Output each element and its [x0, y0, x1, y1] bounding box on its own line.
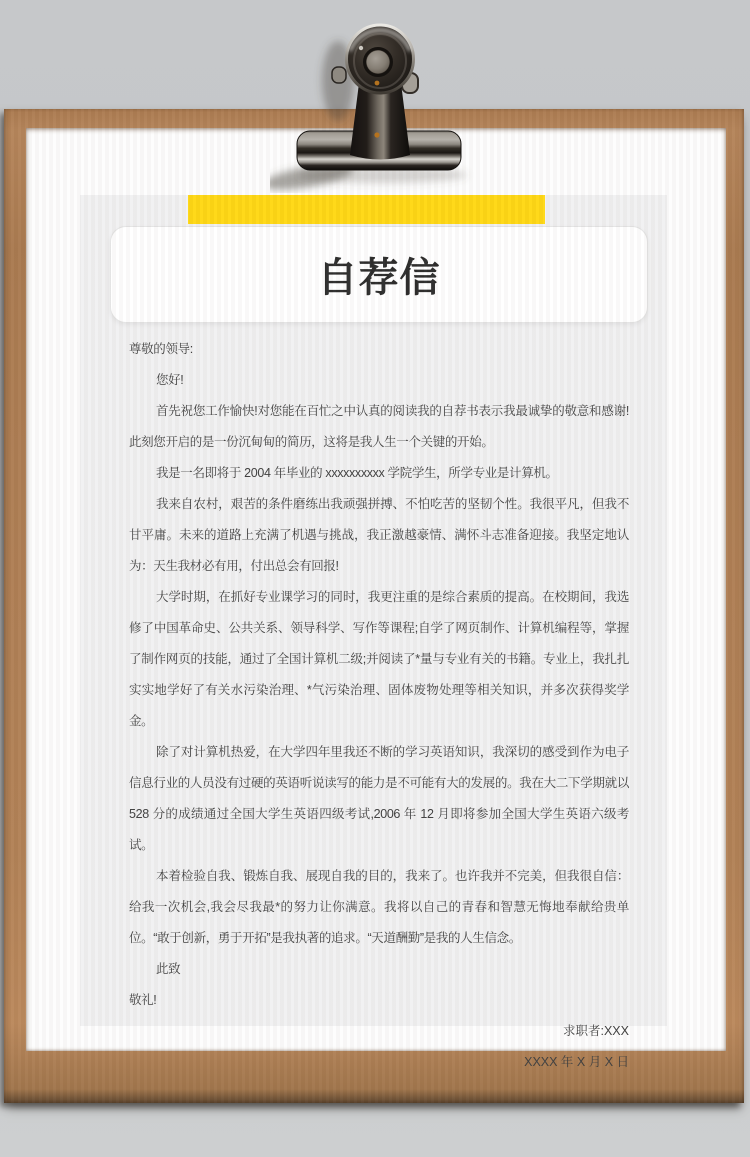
letter-paragraph: 本着检验自我、锻炼自我、展现自我的目的，我来了。也许我并不完美，但我很自信：给我…	[129, 861, 629, 954]
letter-paragraph: 首先祝您工作愉快!对您能在百忙之中认真的阅读我的自荐书表示我最诚挚的敬意和感谢!…	[129, 396, 629, 458]
letter-paragraphs: 尊敬的领导:您好!首先祝您工作愉快!对您能在百忙之中认真的阅读我的自荐书表示我最…	[129, 334, 629, 1016]
letter-body: 尊敬的领导:您好!首先祝您工作愉快!对您能在百忙之中认真的阅读我的自荐书表示我最…	[80, 334, 667, 1078]
letter-paper: 自荐信 尊敬的领导:您好!首先祝您工作愉快!对您能在百忙之中认真的阅读我的自荐书…	[26, 128, 726, 1051]
title-card: 自荐信	[110, 226, 648, 323]
signature-name: 求职者:XXX	[129, 1016, 629, 1047]
letter-paragraph: 我来自农村，艰苦的条件磨练出我顽强拼搏、不怕吃苦的坚韧个性。我很平凡，但我不甘平…	[129, 489, 629, 582]
letter-paragraph: 除了对计算机热爱，在大学四年里我还不断的学习英语知识，我深切的感受到作为电子信息…	[129, 737, 629, 861]
letter-paragraph: 我是一名即将于 2004 年毕业的 xxxxxxxxxx 学院学生，所学专业是计…	[129, 458, 629, 489]
signature-block: 求职者:XXX XXXX 年 X 月 X 日	[129, 1016, 629, 1078]
signature-date: XXXX 年 X 月 X 日	[129, 1047, 629, 1078]
letter-paragraph: 敬礼!	[129, 985, 629, 1016]
page-title: 自荐信	[318, 246, 441, 303]
letter-paragraph: 大学时期，在抓好专业课学习的同时，我更注重的是综合素质的提高。在校期间，我选修了…	[129, 582, 629, 737]
letter-paragraph: 您好!	[129, 365, 629, 396]
background-wall: 自荐信 尊敬的领导:您好!首先祝您工作愉快!对您能在百忙之中认真的阅读我的自荐书…	[0, 0, 750, 1157]
accent-bar	[188, 195, 545, 224]
letter-paragraph: 此致	[129, 954, 629, 985]
clipboard-board: 自荐信 尊敬的领导:您好!首先祝您工作愉快!对您能在百忙之中认真的阅读我的自荐书…	[4, 109, 744, 1103]
letter-content-panel: 自荐信 尊敬的领导:您好!首先祝您工作愉快!对您能在百忙之中认真的阅读我的自荐书…	[80, 195, 667, 1026]
letter-paragraph: 尊敬的领导:	[129, 334, 629, 365]
binder-clip-icon	[270, 15, 480, 193]
